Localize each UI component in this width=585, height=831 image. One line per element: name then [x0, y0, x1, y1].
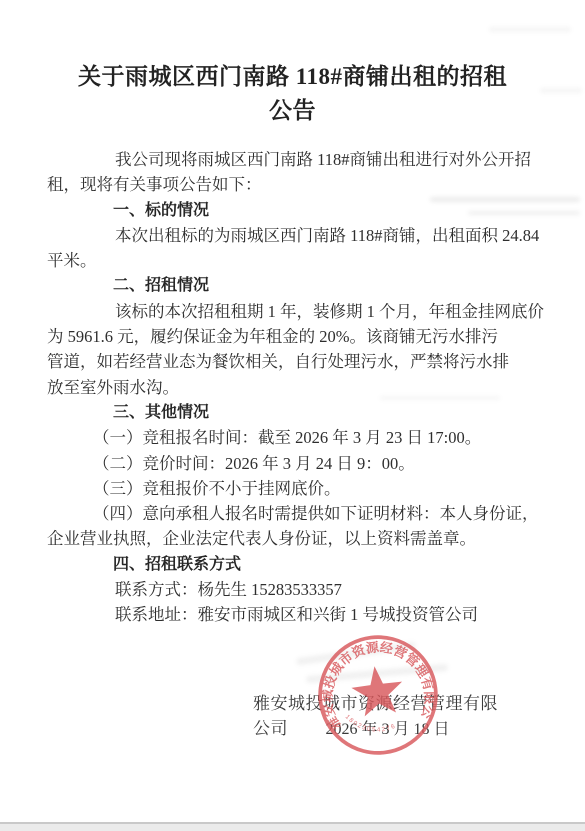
body-line: （二）竞价时间：2026 年 3 月 24 日 9：00。 [47, 451, 536, 476]
body-line: （一）竞租报名时间：截至 2026 年 3 月 23 日 17:00。 [47, 425, 536, 450]
body-line: 管道，如若经营业态为餐饮相关，自行处理污水，严禁将污水排 [47, 349, 536, 374]
section-heading: 二、招租情况 [47, 273, 536, 298]
scan-artifact [296, 642, 416, 666]
body-line: （三）竞租报价不小于挂网底价。 [47, 476, 536, 501]
scanned-announcement-page: { "doc": { "title_line1": "关于雨城区西门南路 118… [0, 0, 585, 831]
page-title-line1: 关于雨城区西门南路 118#商铺出租的招租 [30, 60, 555, 94]
scan-artifact [306, 664, 448, 683]
body-line: 企业营业执照，企业法定代表人身份证，以上资料需盖章。 [47, 526, 536, 551]
page-title: 关于雨城区西门南路 118#商铺出租的招租 公告 [30, 60, 555, 128]
body-line: 联系方式：杨先生 15283533357 [47, 577, 536, 602]
page-title-line2: 公告 [30, 94, 555, 128]
body-line: 该标的本次招租租期 1 年，装修期 1 个月，年租金挂网底价 [47, 299, 536, 324]
section-heading: 四、招租联系方式 [47, 552, 536, 577]
section-heading: 一、标的情况 [47, 198, 536, 223]
body-line: 租，现将有关事项公告如下： [47, 172, 536, 197]
body-line: 本次出租标的为雨城区西门南路 118#商铺，出租面积 24.84 [47, 223, 536, 248]
body-line: 放至室外雨水沟。 [47, 375, 536, 400]
body-line: （四）意向承租人报名时需提供如下证明材料：本人身份证， [47, 501, 536, 526]
body-line: 联系地址：雅安市雨城区和兴街 1 号城投资管公司 [47, 602, 536, 627]
body-line: 我公司现将雨城区西门南路 118#商铺出租进行对外公开招 [47, 147, 536, 172]
body-line: 为 5961.6 元，履约保证金为年租金的 20%。该商铺无污水排污 [47, 324, 536, 349]
issue-date: 2026 年 3 月 18 日 [325, 716, 450, 739]
scan-artifact [489, 27, 571, 32]
page-bottom-edge [0, 822, 585, 831]
section-heading: 三、其他情况 [47, 400, 536, 425]
document-body: 我公司现将雨城区西门南路 118#商铺出租进行对外公开招租，现将有关事项公告如下… [47, 147, 536, 628]
body-line: 平米。 [47, 248, 536, 273]
